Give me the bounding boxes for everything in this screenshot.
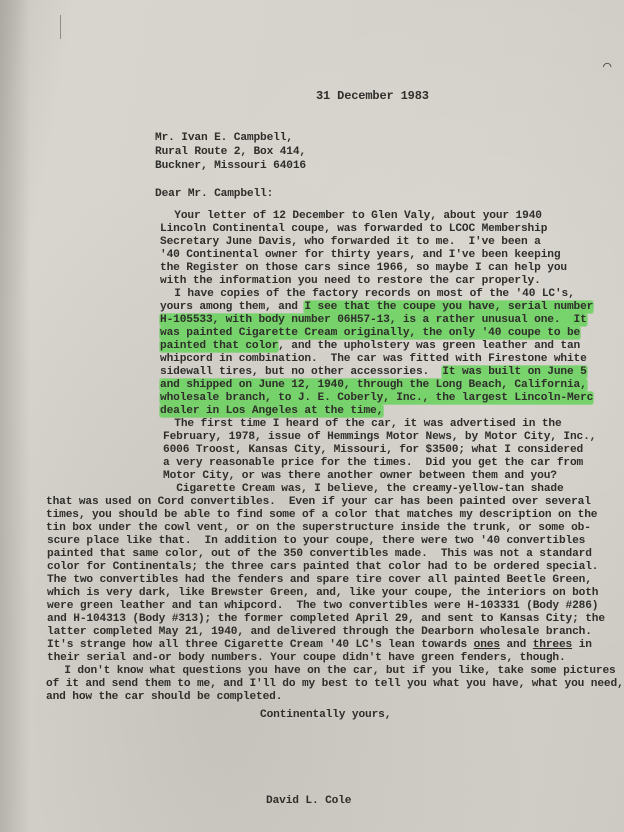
body-line: dealer in Los Angeles at the time,	[160, 405, 383, 418]
body-line: February, 1978, issue of Hemmings Motor …	[163, 431, 596, 444]
body-line: scure place like that. In addition to yo…	[47, 535, 585, 548]
body-line: I don't know what questions you have on …	[38, 665, 616, 678]
body-line: '40 Continental owner for thirty years, …	[160, 249, 560, 262]
body-line: Motor City, or was there another owner b…	[163, 470, 557, 483]
body-line: with the information you need to restore…	[160, 275, 541, 288]
body-line: Your letter of 12 December to Glen Valy,…	[148, 210, 542, 223]
recipient-name: Mr. Ivan E. Campbell,	[155, 132, 293, 145]
body-line: Cigarette Cream was, I believe, the crea…	[150, 483, 564, 496]
body-line: H-105533, with body number 06H57-13, is …	[160, 314, 587, 327]
highlighted-text: and shipped on June 12, 1940, through th…	[160, 379, 587, 391]
body-line: color for Continentals; the three cars p…	[47, 561, 598, 574]
body-line: times, you should be able to find some o…	[46, 509, 597, 522]
text-run: sidewall tires, but no other accessories…	[160, 366, 442, 378]
body-line: 6006 Troost, Kansas City, Missouri, for …	[163, 444, 583, 457]
underlined-text: threes	[533, 639, 572, 651]
pencil-mark	[60, 15, 61, 39]
body-line: a very reasonable price for the times. D…	[163, 457, 583, 470]
body-line: sidewall tires, but no other accessories…	[160, 366, 587, 379]
body-line: which is very dark, like Brewster Green,…	[47, 587, 598, 600]
body-line: The first time I heard of the car, it wa…	[148, 418, 562, 431]
body-line: painted that same color, out of the 350 …	[47, 548, 592, 561]
highlighted-text: I see that the coupe you have, serial nu…	[304, 301, 593, 313]
salutation: Dear Mr. Campbell:	[155, 188, 273, 201]
highlighted-text: dealer in Los Angeles at the time,	[160, 405, 383, 417]
highlighted-text: was painted Cigarette Cream originally, …	[160, 327, 580, 339]
recipient-address-2: Buckner, Missouri 64016	[155, 160, 306, 173]
text-run: yours among them, and	[160, 301, 304, 313]
stray-ink-mark: ⌒	[603, 58, 611, 75]
signature-name: David L. Cole	[266, 795, 351, 808]
body-line: their serial and-or body numbers. Your c…	[47, 652, 566, 665]
body-line: Lincoln Continental coupe, was forwarded…	[160, 223, 547, 236]
body-line: whipcord in combination. The car was fit…	[160, 353, 587, 366]
body-line: yours among them, and I see that the cou…	[160, 301, 593, 314]
body-line: were green leather and tan whipcord. The…	[47, 600, 598, 613]
closing: Continentally yours,	[260, 709, 391, 722]
body-line: was painted Cigarette Cream originally, …	[160, 327, 580, 340]
body-line: painted that color, and the upholstery w…	[160, 340, 580, 353]
body-line: It's strange how all three Cigarette Cre…	[47, 639, 592, 652]
highlighted-text: H-105533, with body number 06H57-13, is …	[160, 314, 574, 326]
body-line: that was used on Cord convertibles. Even…	[46, 496, 591, 509]
highlighted-text: painted that color	[160, 340, 278, 352]
paper-edge-shadow	[0, 0, 30, 832]
body-line: of it and send them to me, and I'll do m…	[46, 678, 624, 691]
text-run: in	[572, 639, 592, 651]
body-line: I have copies of the factory records on …	[148, 288, 575, 301]
body-line: and H-104313 (Body #313); the former com…	[47, 613, 605, 626]
body-line: and shipped on June 12, 1940, through th…	[160, 379, 587, 392]
highlighted-text: It was built on June 5	[442, 366, 586, 378]
body-line: wholesale branch, to J. E. Coberly, Inc.…	[160, 392, 593, 405]
underlined-text: ones	[474, 639, 500, 651]
body-line: tin box under the cowl vent, or on the s…	[46, 522, 591, 535]
highlighted-text: wholesale branch, to J. E. Coberly, Inc.…	[160, 392, 593, 404]
body-line: latter completed May 21, 1940, and deliv…	[47, 626, 592, 639]
highlighted-text: It	[574, 314, 587, 326]
recipient-address-1: Rural Route 2, Box 414,	[155, 146, 306, 159]
text-run: and	[500, 639, 533, 651]
body-line: The two convertibles had the fenders and…	[47, 574, 592, 587]
body-line: the Register on those cars since 1966, s…	[160, 262, 567, 275]
body-line: and how the car should be completed.	[46, 691, 282, 704]
body-line: Secretary June Davis, who forwarded it t…	[160, 236, 541, 249]
text-run: It's strange how all three Cigarette Cre…	[47, 639, 474, 651]
letter-date: 31 December 1983	[316, 90, 429, 103]
text-run: , and the upholstery was green leather a…	[278, 340, 580, 352]
